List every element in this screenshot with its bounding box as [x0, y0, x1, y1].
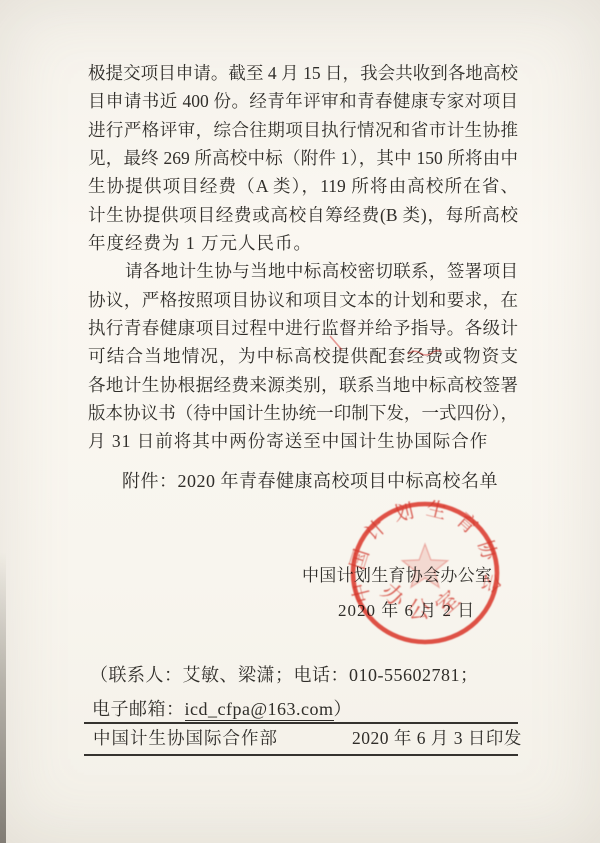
text-line: 生协提供项目经费（A 类），119 所将由高校所在省、市、区 — [88, 172, 518, 200]
text-line: 版本协议书（待中国计生协统一印制下发，一式四份），于 6 — [88, 399, 518, 427]
closing-paren: ） — [334, 699, 353, 719]
footer-rule-bottom — [84, 754, 518, 756]
footer-print-date: 2020 年 6 月 3 日印发 — [352, 725, 522, 750]
contact-line: （联系人：艾敏、梁潇；电话：010-55602781； — [90, 661, 479, 687]
text-line: 目申请书近 400 份。经青年评审和青春健康专家对项目文本 — [88, 87, 518, 115]
text-line: 进行严格评审，综合往期项目执行情况和省市计生协推荐意 — [88, 116, 518, 144]
body-text: 极提交项目申请。截至 4 月 15 日，我会共收到各地高校项目申请书近 400 … — [88, 59, 518, 456]
official-seal-stamp: 中国计划生育协会 办公室 — [338, 488, 514, 664]
text-line: 协议，严格按照项目协议和项目文本的计划和要求，在高校 — [88, 286, 518, 314]
footer-department: 中国计生协国际合作部 — [93, 725, 278, 750]
text-line: 各地计生协根据经费来源类别，联系当地中标高校签署相应 — [88, 371, 518, 399]
email-address: icd_cfpa@163.com — [185, 699, 334, 721]
scan-edge-shadow — [0, 552, 6, 843]
text-line: 计生协提供项目经费或高校自筹经费(B 类)，每所高校项目 — [88, 201, 518, 229]
seal-bottom-text: 办公室 — [376, 578, 473, 622]
contact-email-line: 电子邮箱：icd_cfpa@163.com） — [92, 695, 352, 721]
email-label: 电子邮箱： — [92, 699, 185, 719]
text-line: 请各地计生协与当地中标高校密切联系，签署项目三方 — [88, 257, 518, 285]
text-line: 月 31 日前将其中两份寄送至中国计生协国际合作部。 — [88, 427, 518, 455]
star-icon — [402, 544, 448, 587]
footer-rule-top — [84, 722, 518, 724]
text-line: 见，最终 269 所高校中标（附件 1），其中 150 所将由中国计 — [88, 144, 518, 172]
document-page: 极提交项目申请。截至 4 月 15 日，我会共收到各地高校项目申请书近 400 … — [0, 0, 600, 843]
text-line: 年度经费为 1 万元人民币。 — [88, 229, 518, 257]
text-line: 极提交项目申请。截至 4 月 15 日，我会共收到各地高校项 — [88, 59, 518, 87]
stray-red-mark — [322, 328, 462, 364]
